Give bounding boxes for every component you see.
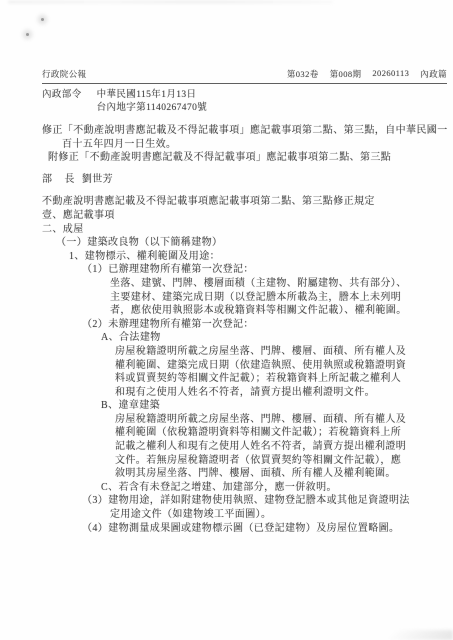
issue-label: 第008期 [330, 68, 362, 80]
minister-post: 部 [42, 174, 52, 185]
section-label: 內政篇 [420, 68, 447, 80]
publication-title: 行政院公報 [42, 68, 87, 80]
scan-artifact-speck [41, 18, 44, 21]
directive-header: 內政部令 中華民國115年1月13日 台內地字第1140267470號 [42, 89, 447, 114]
minister-post: 長 [64, 174, 74, 185]
document-line: 權利範圍、建築完成日期（依建造執照、使用執照或稅籍證明資 [115, 359, 447, 373]
scan-artifact-corner-shadow [348, 630, 453, 640]
document-line: 主要建材、建築完成日期（以登記謄本所載為主，謄本上未列明 [110, 291, 447, 305]
document-line: 料或買賣契約等相關文件記載）；若稅籍資料上所記載之權利人 [115, 372, 447, 386]
order-paragraph: 修正「不動產說明書應記載及不得記載事項」應記載事項第二點、第三點，自中華民國一百… [42, 124, 447, 165]
document-line: 附修正「不動產說明書應記載及不得記載事項」應記載事項第二點、第三點 [48, 151, 447, 165]
directive-meta: 中華民國115年1月13日 台內地字第1140267470號 [97, 89, 208, 114]
directive-ref-number: 台內地字第1140267470號 [97, 102, 208, 115]
document-line: 坐落、建號、門牌、樓層面積（主建物、附屬建物、共有部分）、 [110, 277, 447, 291]
gazette-header-meta: 第032卷 第008期 20260113 內政篇 [287, 68, 447, 80]
directive-date: 中華民國115年1月13日 [97, 89, 208, 102]
document-line: 二、成屋 [42, 223, 447, 237]
volume-label: 第032卷 [287, 68, 319, 80]
issue-date-label: 20260113 [372, 68, 409, 80]
scan-artifact-top-smudge [8, 0, 333, 4]
document-line: A、合法建物 [101, 331, 447, 345]
document-line: 文件。若無房屋稅籍證明者（依買賣契約等相關文件記載），應 [115, 454, 447, 468]
document-line: 權利範圍（依稅籍證明資料等相關文件記載）；若稅籍資料上所 [115, 426, 447, 440]
document-line: （一）建築改良物（以下簡稱建物） [56, 236, 447, 250]
document-line: 和現有之使用人姓名不符者，請賣方提出權利證明文件。 [115, 386, 447, 400]
minister-name: 劉世芳 [82, 174, 113, 185]
document-line: （1）已辦理建物所有權第一次登記： [82, 263, 447, 277]
minister-line: 部長劉世芳 [42, 173, 447, 187]
document-line: （3）建物用途，詳如附建物使用執照、建物登記謄本或其他足資證明法 [82, 494, 447, 508]
document-line: B、違章建築 [101, 399, 447, 413]
scan-artifact-speck [26, 33, 29, 36]
document-line: 敘明其房屋坐落、門牌、樓層、面積、所有權人及權利範圍。 [115, 467, 447, 481]
agency-label: 內政部令 [42, 89, 82, 114]
document-line: （2）未辦理建物所有權第一次登記： [82, 318, 447, 332]
document-line: 百十五年四月一日生效。 [62, 138, 447, 152]
document-line: 壹、應記載事項 [42, 209, 447, 223]
document-line: （4）建物測量成果圖或建物標示圖（已登記建物）及房屋位置略圖。 [82, 522, 447, 536]
document-line: 房屋稅籍證明所載之房屋坐落、門牌、樓層、面積、所有權人及 [115, 345, 447, 359]
document-line: 定用途文件（如建物竣工平面圖）。 [110, 508, 447, 522]
gazette-header: 行政院公報 第032卷 第008期 20260113 內政篇 [42, 68, 447, 84]
document-line: C、若含有未登記之增建、加建部分，應一併敘明。 [101, 481, 447, 495]
document-line: 記載之權利人和現有之使用人姓名不符者，請賣方提出權利證明 [115, 440, 447, 454]
document-line: 房屋稅籍證明所載之房屋坐落、門牌、樓層、面積、所有權人及 [115, 413, 447, 427]
regulation-title: 不動產說明書應記載及不得記載事項應記載事項第二點、第三點修正規定 [42, 195, 447, 209]
document-line: 修正「不動產說明書應記載及不得記載事項」應記載事項第二點、第三點，自中華民國一 [42, 124, 447, 138]
document-content: 行政院公報 第032卷 第008期 20260113 內政篇 內政部令 中華民國… [42, 68, 447, 535]
document-line: 1、建物標示、權利範圍及用途： [69, 250, 447, 264]
gazette-page: 行政院公報 第032卷 第008期 20260113 內政篇 內政部令 中華民國… [0, 0, 453, 640]
regulation-body: 壹、應記載事項二、成屋（一）建築改良物（以下簡稱建物）1、建物標示、權利範圍及用… [42, 209, 447, 535]
document-line: 者，應依使用執照影本或稅籍資料等相關文件記載）、權利範圍。 [110, 304, 447, 318]
